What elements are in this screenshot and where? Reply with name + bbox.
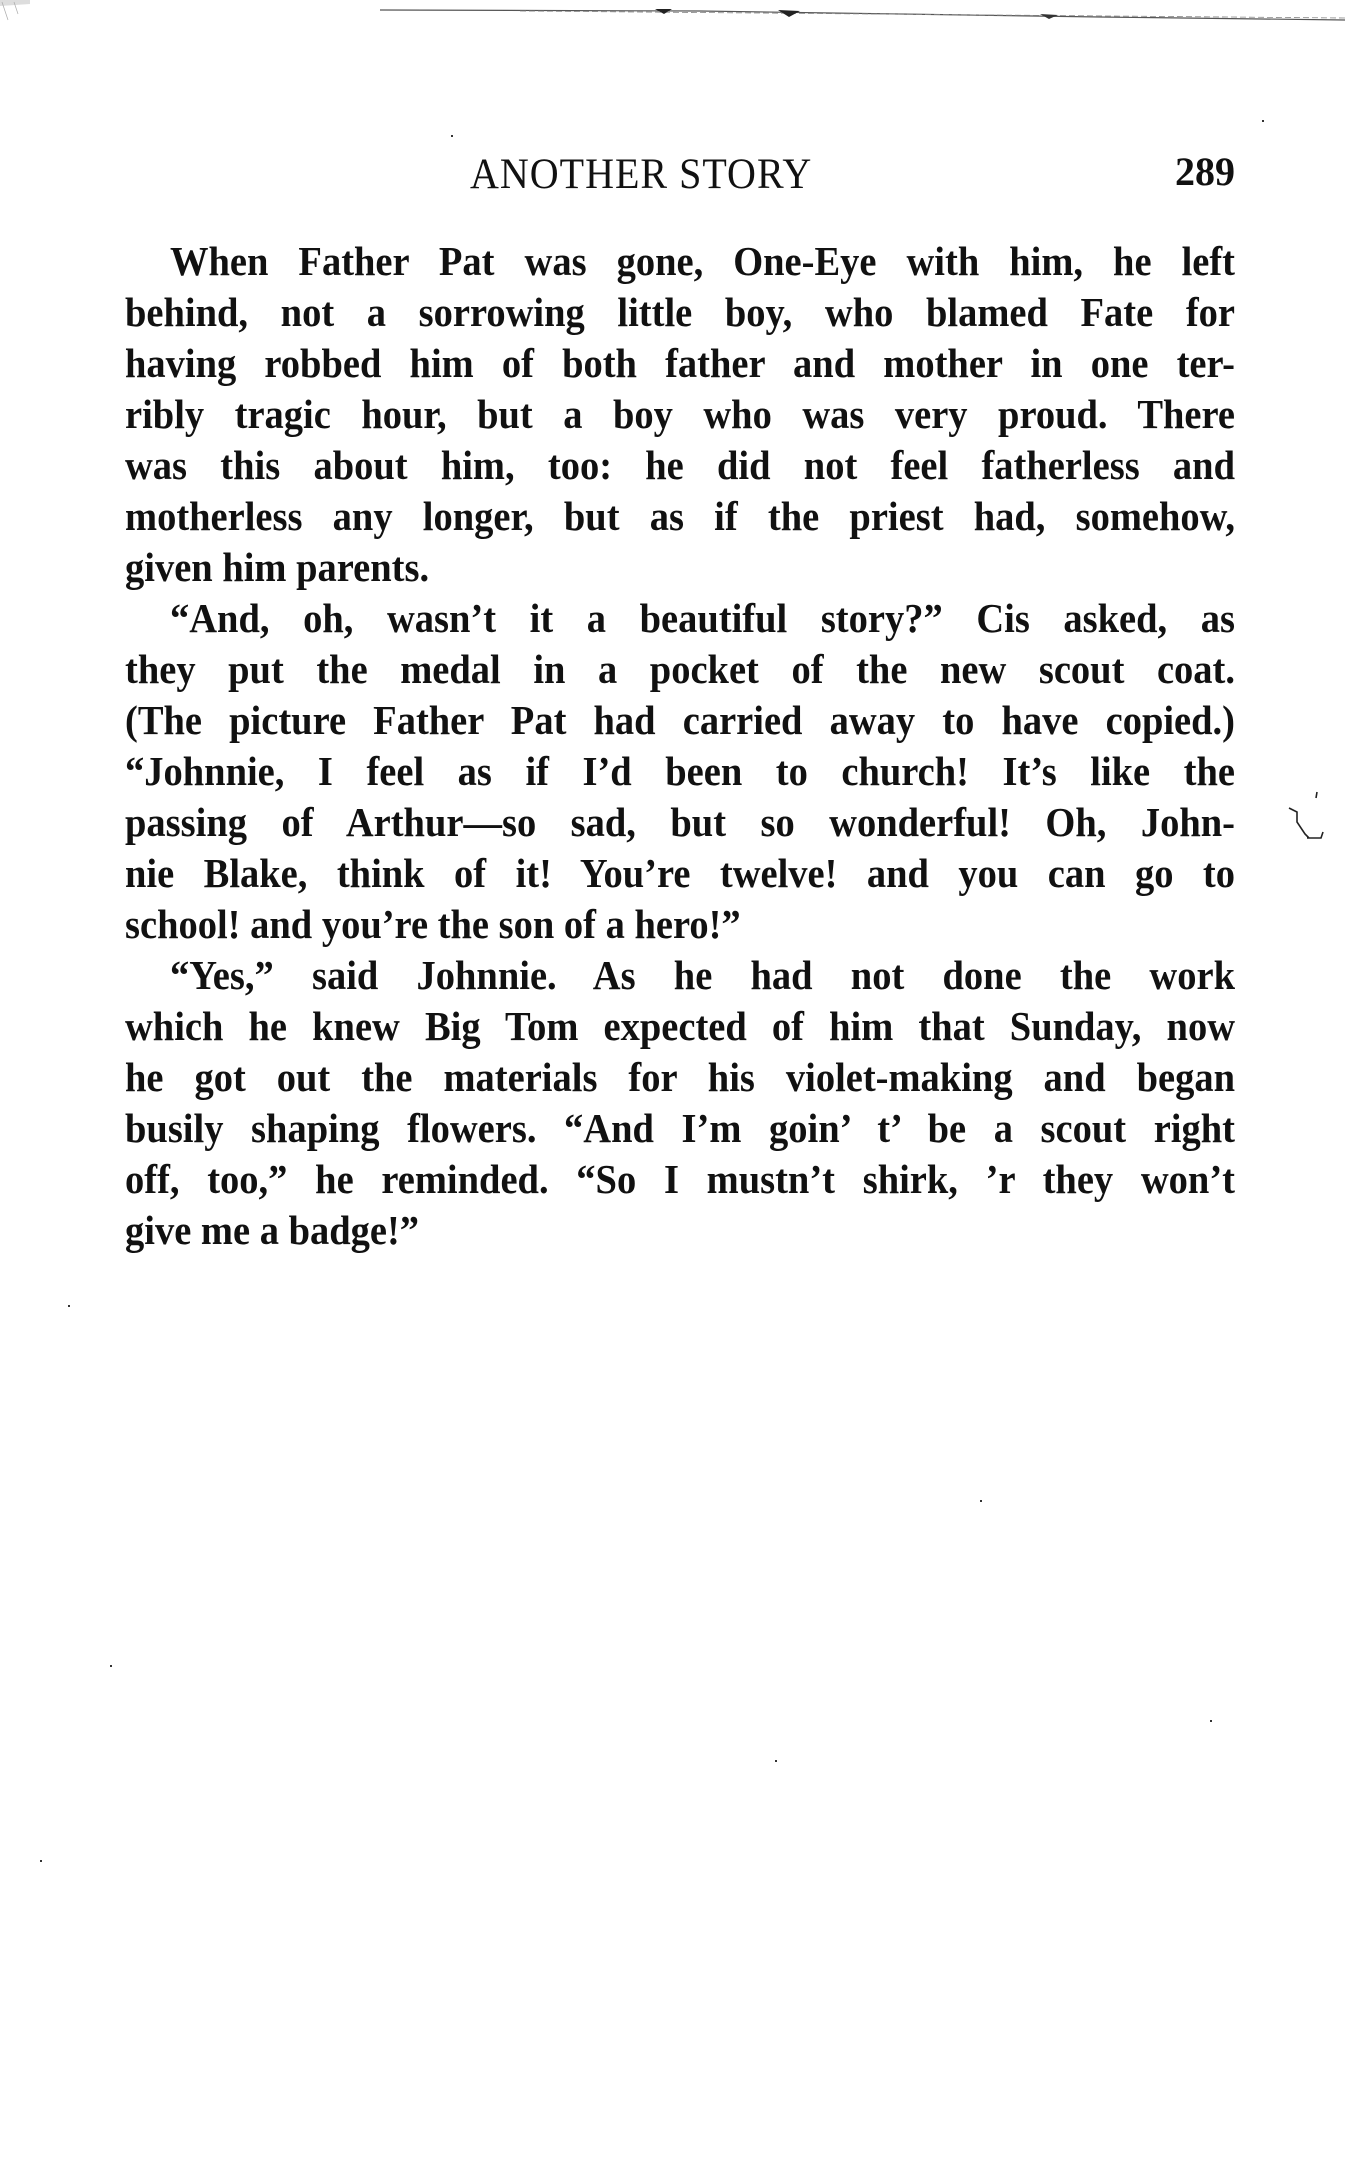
text-line: give me a badge!” bbox=[125, 1204, 1235, 1259]
margin-pencil-mark bbox=[1285, 790, 1335, 850]
text-line: given him parents. bbox=[125, 541, 1235, 596]
text-line: having robbed him of both father and mot… bbox=[125, 337, 1235, 392]
text-line: “Johnnie, I feel as if I’d been to churc… bbox=[125, 745, 1235, 800]
text-line: was this about him, too: he did not feel… bbox=[125, 439, 1235, 494]
text-line: which he knew Big Tom expected of him th… bbox=[125, 1000, 1235, 1055]
running-head: ANOTHER STORY 289 bbox=[125, 148, 1235, 198]
text-line: he got out the materials for his violet-… bbox=[125, 1051, 1235, 1106]
scan-speck bbox=[40, 1860, 42, 1862]
text-line: “And, oh, wasn’t it a beautiful story?” … bbox=[125, 592, 1235, 647]
running-title: ANOTHER STORY bbox=[470, 148, 812, 199]
text-line: school! and you’re the son of a hero!” bbox=[125, 898, 1235, 953]
scan-speck bbox=[1210, 1720, 1212, 1722]
text-line: (The picture Father Pat had carried away… bbox=[125, 694, 1235, 749]
paragraph-1: When Father Pat was gone, One-Eye with h… bbox=[125, 237, 1235, 594]
text-line: behind, not a sorrowing little boy, who … bbox=[125, 286, 1235, 341]
margin-mark-icon bbox=[1285, 790, 1335, 850]
text-line: off, too,” he reminded. “So I mustn’t sh… bbox=[125, 1153, 1235, 1208]
page-number: 289 bbox=[1175, 148, 1235, 195]
book-page: ANOTHER STORY 289 When Father Pat was go… bbox=[0, 0, 1345, 2167]
scan-speck bbox=[1262, 120, 1264, 122]
text-line: nie Blake, think of it! You’re twelve! a… bbox=[125, 847, 1235, 902]
scan-speck bbox=[775, 1760, 777, 1762]
body-text: When Father Pat was gone, One-Eye with h… bbox=[125, 237, 1235, 1257]
text-line: motherless any longer, but as if the pri… bbox=[125, 490, 1235, 545]
scan-speck bbox=[451, 135, 453, 137]
text-line: “Yes,” said Johnnie. As he had not done … bbox=[125, 949, 1235, 1004]
text-line: passing of Arthur—so sad, but so wonderf… bbox=[125, 796, 1235, 851]
paragraph-2: “And, oh, wasn’t it a beautiful story?” … bbox=[125, 594, 1235, 951]
paragraph-3: “Yes,” said Johnnie. As he had not done … bbox=[125, 951, 1235, 1257]
scan-speck bbox=[68, 1305, 70, 1307]
scan-speck bbox=[980, 1500, 982, 1502]
text-line: busily shaping flowers. “And I’m goin’ t… bbox=[125, 1102, 1235, 1157]
text-line: When Father Pat was gone, One-Eye with h… bbox=[125, 235, 1235, 290]
scan-speck bbox=[110, 1665, 112, 1667]
text-line: they put the medal in a pocket of the ne… bbox=[125, 643, 1235, 698]
text-line: ribly tragic hour, but a boy who was ver… bbox=[125, 388, 1235, 443]
